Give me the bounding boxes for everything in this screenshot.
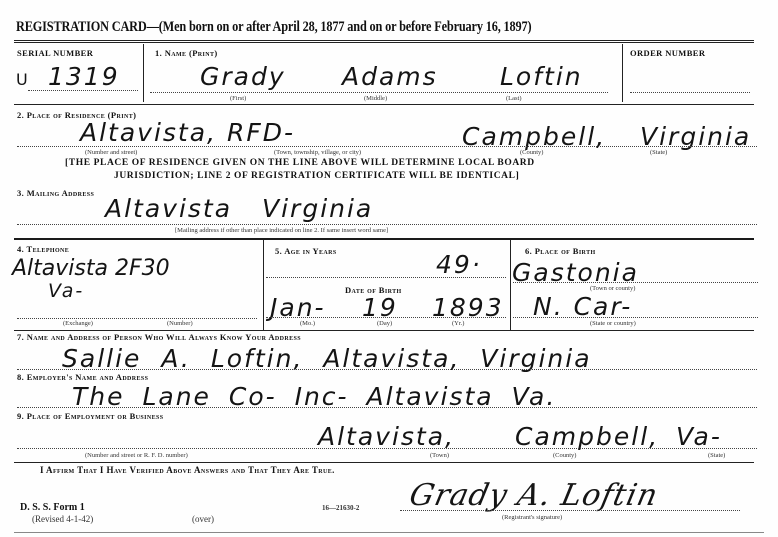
registration-card: REGISTRATION CARD—(Men born on or after … (0, 0, 778, 537)
age-value: 49· (436, 250, 482, 279)
telephone-line1-value: Altavista 2F30 (12, 256, 170, 281)
signature-sublabel: (Registrant's signature) (502, 514, 562, 521)
title-rule (14, 40, 754, 43)
age-label: 5. Age in Years (275, 246, 337, 256)
middle-name-value: Adams (342, 62, 438, 91)
employment-place-label: 9. Place of Employment or Business (17, 411, 163, 421)
employment-town-sublabel: (Town) (430, 452, 449, 459)
residence-notice-line1: [THE PLACE OF RESIDENCE GIVEN ON THE LIN… (65, 158, 535, 168)
over-note: (over) (192, 514, 214, 524)
employer-label: 8. Employer's Name and Address (17, 372, 148, 382)
mailing-address-value: Altavista Virginia (105, 194, 373, 223)
contact-person-label: 7. Name and Address of Person Who Will A… (17, 332, 301, 342)
serial-number-value: 1319 (48, 62, 120, 91)
print-code: 16—21630-2 (322, 504, 359, 512)
birthplace-town-sublabel: (Town or county) (590, 285, 635, 292)
employment-state-sublabel: (State) (708, 452, 725, 459)
telephone-line2-value: Va- (48, 280, 84, 302)
last-sublabel: (Last) (506, 95, 522, 102)
residence-town-sublabel: (Town, township, village, or city) (274, 149, 361, 156)
birth-year-sublabel: (Yr.) (452, 320, 464, 327)
first-sublabel: (First) (230, 95, 246, 102)
birth-day-sublabel: (Day) (377, 320, 392, 327)
birth-month-sublabel: (Mo.) (300, 320, 315, 327)
middle-sublabel: (Middle) (364, 95, 387, 102)
form-revised: (Revised 4-1-42) (32, 514, 93, 524)
residence-notice-line2: JURISDICTION; LINE 2 OF REGISTRATION CER… (114, 171, 519, 181)
order-number-label: ORDER NUMBER (630, 48, 705, 58)
mailing-address-sublabel: [Mailing address if other than place ind… (175, 227, 388, 234)
first-name-value: Grady (200, 62, 286, 91)
last-name-value: Loftin (500, 62, 583, 91)
name-label: 1. Name (Print) (155, 48, 218, 58)
form-number: D. S. S. Form 1 (20, 502, 85, 513)
telephone-exchange-sublabel: (Exchange) (63, 320, 93, 327)
birthplace-state-sublabel: (State or country) (590, 320, 636, 327)
residence-street-sublabel: (Number and street) (85, 149, 137, 156)
residence-street-value: Altavista, RFD- (80, 118, 295, 147)
residence-state-sublabel: (State) (650, 149, 667, 156)
mailing-address-label: 3. Mailing Address (17, 188, 94, 198)
employment-county-value: Campbell, (515, 422, 659, 451)
employment-county-sublabel: (County) (553, 452, 576, 459)
telephone-number-sublabel: (Number) (167, 320, 193, 327)
affirmation-text: I Affirm That I Have Verified Above Answ… (40, 465, 335, 475)
serial-prefix: U (16, 70, 30, 89)
employment-town-value: Altavista, (318, 422, 455, 451)
employment-street-sublabel: (Number and street or R. F. D. number) (85, 452, 188, 459)
serial-number-label: SERIAL NUMBER (17, 48, 93, 58)
registrant-signature: Grady A. Loftin (406, 478, 661, 513)
residence-county-sublabel: (County) (520, 149, 543, 156)
telephone-label: 4. Telephone (17, 244, 69, 254)
birthplace-label: 6. Place of Birth (525, 246, 596, 256)
employment-state-value: Va- (676, 422, 722, 451)
card-title: REGISTRATION CARD—(Men born on or after … (16, 19, 531, 36)
